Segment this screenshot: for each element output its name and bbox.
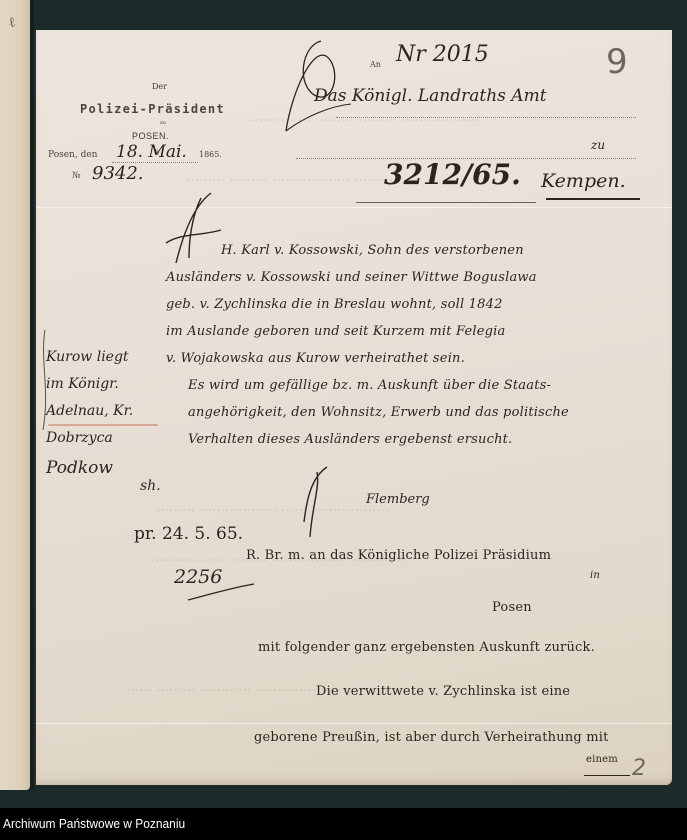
reply-line-5: Die verwittwete v. Zychlinska ist eine [316, 684, 570, 699]
reply-line-2: in [590, 570, 600, 581]
page-number-mark: 2 [632, 756, 646, 781]
reply-line-1: R. Br. m. an das Königliche Polizei Präs… [246, 548, 551, 563]
document-sheet: ……………… ……… ……… …………… ……… ……………… ……… ……… … [34, 30, 672, 785]
adjacent-page-mark: ℓ [7, 13, 24, 37]
dateline-place: Posen, den [48, 150, 97, 160]
margin-note-2: im Königr. [46, 376, 119, 392]
paper-fold [36, 723, 672, 724]
body-line-2: Ausländers v. Kossowski und seiner Wittw… [166, 270, 537, 285]
document-number: 9342. [92, 163, 144, 184]
signature: Flemberg [366, 492, 430, 507]
margin-note-5: Podkow [46, 458, 113, 478]
reply-line-4: mit folgender ganz ergebensten Auskunft … [258, 640, 595, 655]
destination: Kempen. [541, 170, 626, 192]
address-dotline [336, 117, 636, 118]
received-date: pr. 24. 5. 65. [134, 524, 243, 544]
dateline-year: 1865. [199, 150, 222, 159]
reference-number: Nr 2015 [396, 42, 489, 67]
body-line-4: im Auslande geboren und seit Kurzem mit … [166, 324, 505, 339]
address-zu: zu [591, 138, 605, 152]
adjacent-page-edge: ℓ [0, 0, 30, 790]
margin-initials: sh. [140, 478, 161, 494]
dateline-date: 18. Mai. [116, 142, 187, 162]
reply-line-3: Posen [492, 600, 532, 615]
number-sign: № [72, 171, 81, 181]
body-line-1: H. Karl v. Kossowski, Sohn des verstorbe… [221, 243, 524, 258]
red-pencil-underline [48, 424, 158, 426]
reply-line-6: geborene Preußin, ist aber durch Verheir… [254, 730, 609, 745]
bleed-through: ……………… …… ……………… ……… [156, 500, 389, 515]
body-line-6: Es wird um gefällige bz. m. Auskunft übe… [188, 378, 551, 393]
scan-area: ℓ ……………… ……… ……… …………… ……… ……………… ……… ……… [0, 0, 687, 808]
archive-name: Archiwum Państwowe w Poznaniu [3, 816, 185, 831]
bleed-through: ……… ……………… ……… ……… [186, 170, 393, 185]
paper-fold [36, 207, 672, 208]
address-an: An [370, 60, 381, 69]
pencil-folio-mark: 9 [606, 42, 628, 82]
archive-footer: Archiwum Państwowe w Poznaniu [0, 808, 687, 840]
body-line-8: Verhalten dieses Ausländers ergebenst er… [188, 432, 512, 447]
reply-line-7: einem [586, 754, 618, 765]
reply-continuation-line [584, 775, 630, 776]
letterhead-title: Polizei-Präsident [80, 102, 225, 116]
file-number: 3212/65. [384, 158, 521, 191]
margin-note-3: Adelnau, Kr. [46, 403, 133, 419]
margin-note-4: Dobrzyca [46, 430, 113, 446]
body-line-7: angehörigkeit, den Wohnsitz, Erwerb und … [188, 405, 569, 420]
address-line [356, 202, 536, 203]
destination-underline [546, 198, 640, 200]
recipient: Das Königl. Landraths Amt [314, 86, 547, 106]
margin-note-1: Kurow liegt [46, 349, 129, 365]
letterhead-zu: zu [160, 120, 166, 126]
letterhead-city: POSEN. [132, 131, 169, 141]
registry-number: 2256 [174, 566, 222, 588]
letterhead-der: Der [152, 82, 167, 91]
body-line-5: v. Wojakowska aus Kurow verheirathet sei… [166, 351, 465, 366]
body-line-3: geb. v. Zychlinska die in Breslau wohnt,… [166, 297, 503, 312]
